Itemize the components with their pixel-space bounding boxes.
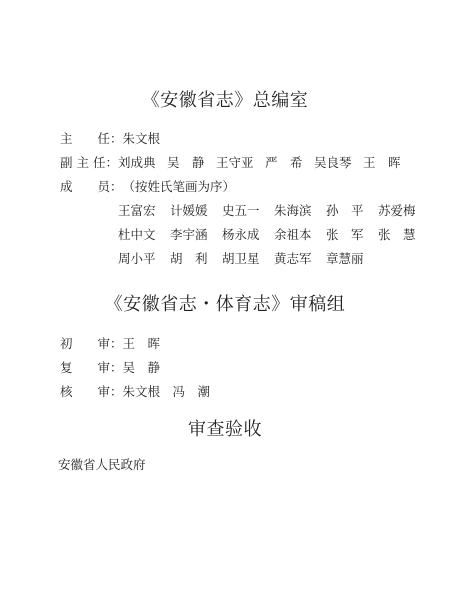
members-list-row: 杜中文李宇涵杨永成余祖本张 军张 慧 — [118, 225, 430, 243]
deputy-label: 副 主 任： — [60, 153, 118, 171]
acceptance-body: 安徽省人民政府 — [58, 455, 146, 473]
deputy-name: 严 希 — [265, 153, 314, 171]
member-name: 王富宏 — [118, 201, 170, 219]
deputy-name: 吴 静 — [167, 153, 216, 171]
member-name: 张 慧 — [378, 225, 430, 243]
member-name: 张 军 — [326, 225, 378, 243]
member-name: 胡 利 — [170, 249, 222, 267]
second-review-value: 吴 静 — [123, 360, 161, 375]
deputy-row: 副 主 任：刘成典吴 静王守亚严 希吴良琴王 晖 — [60, 153, 412, 171]
first-review-row: 初 审：王 晖 — [60, 334, 160, 352]
first-review-label: 初 审： — [60, 336, 123, 351]
member-name: 孙 平 — [326, 201, 378, 219]
members-note: （按姓氏笔画为序） — [123, 179, 236, 194]
member-name: 章慧丽 — [326, 249, 378, 267]
director-label: 主 任： — [60, 129, 123, 147]
review-group-title: 《安徽省志・体育志》审稿组 — [0, 290, 450, 316]
deputy-name: 王守亚 — [216, 153, 265, 171]
member-name: 余祖本 — [274, 225, 326, 243]
member-name: 苏爱梅 — [378, 201, 430, 219]
member-name: 李宇涵 — [170, 225, 222, 243]
director-value: 朱文根 — [123, 131, 161, 146]
members-list-row: 周小平胡 利胡卫星黄志军章慧丽 — [118, 249, 378, 267]
member-name: 黄志军 — [274, 249, 326, 267]
member-name: 计媛媛 — [170, 201, 222, 219]
members-list-row: 王富宏计媛媛史五一朱海滨孙 平苏爱梅 — [118, 201, 430, 219]
deputy-name: 吴良琴 — [314, 153, 363, 171]
member-name: 杨永成 — [222, 225, 274, 243]
member-name: 胡卫星 — [222, 249, 274, 267]
deputy-name: 王 晖 — [363, 153, 412, 171]
editorial-office-title: 《安徽省志》总编室 — [0, 86, 450, 112]
members-row: 成 员：（按姓氏笔画为序） — [60, 177, 235, 195]
final-review-label: 核 审： — [60, 384, 123, 399]
members-label: 成 员： — [60, 177, 123, 195]
second-review-row: 复 审：吴 静 — [60, 358, 160, 376]
director-row: 主 任：朱文根 — [60, 129, 160, 147]
member-name: 史五一 — [222, 201, 274, 219]
member-name: 朱海滨 — [274, 201, 326, 219]
second-review-label: 复 审： — [60, 360, 123, 375]
member-name: 周小平 — [118, 249, 170, 267]
deputy-name: 刘成典 — [118, 153, 167, 171]
first-review-value: 王 晖 — [123, 336, 161, 351]
final-review-row: 核 审：朱文根 冯 潮 — [60, 382, 210, 400]
acceptance-title: 审查验收 — [0, 415, 450, 441]
final-review-value: 朱文根 冯 潮 — [123, 384, 211, 399]
member-name: 杜中文 — [118, 225, 170, 243]
